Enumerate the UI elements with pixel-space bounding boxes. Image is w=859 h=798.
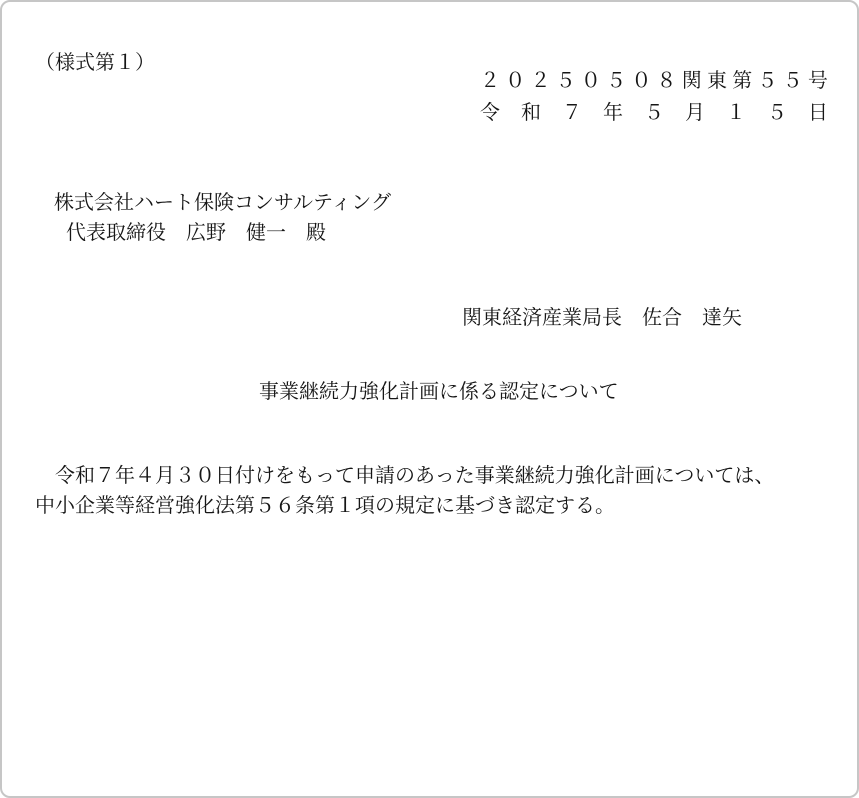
document-title: 事業継続力強化計画に係る認定について (259, 377, 619, 405)
document-number: ２０２５０５０８関東第５５号 (480, 64, 828, 96)
reference-block: ２０２５０５０８関東第５５号 令和７年５月１５日 (480, 64, 828, 128)
body-line-1: 令和７年４月３０日付けをもって申請のあった事業継続力強化計画については、 (35, 460, 825, 490)
certificate-page: （様式第１） ２０２５０５０８関東第５５号 令和７年５月１５日 株式会社ハート保… (0, 0, 859, 798)
issue-date: 令和７年５月１５日 (480, 96, 828, 128)
issuer-signature: 関東経済産業局長 佐合 達矢 (462, 303, 742, 331)
form-label: （様式第１） (35, 48, 155, 76)
addressee-representative: 代表取締役 広野 健一 殿 (66, 218, 326, 246)
addressee-company: 株式会社ハート保険コンサルティング (54, 188, 391, 216)
document-body: 令和７年４月３０日付けをもって申請のあった事業継続力強化計画については、 中小企… (35, 460, 825, 520)
body-line-2: 中小企業等経営強化法第５６条第１項の規定に基づき認定する。 (35, 490, 825, 520)
